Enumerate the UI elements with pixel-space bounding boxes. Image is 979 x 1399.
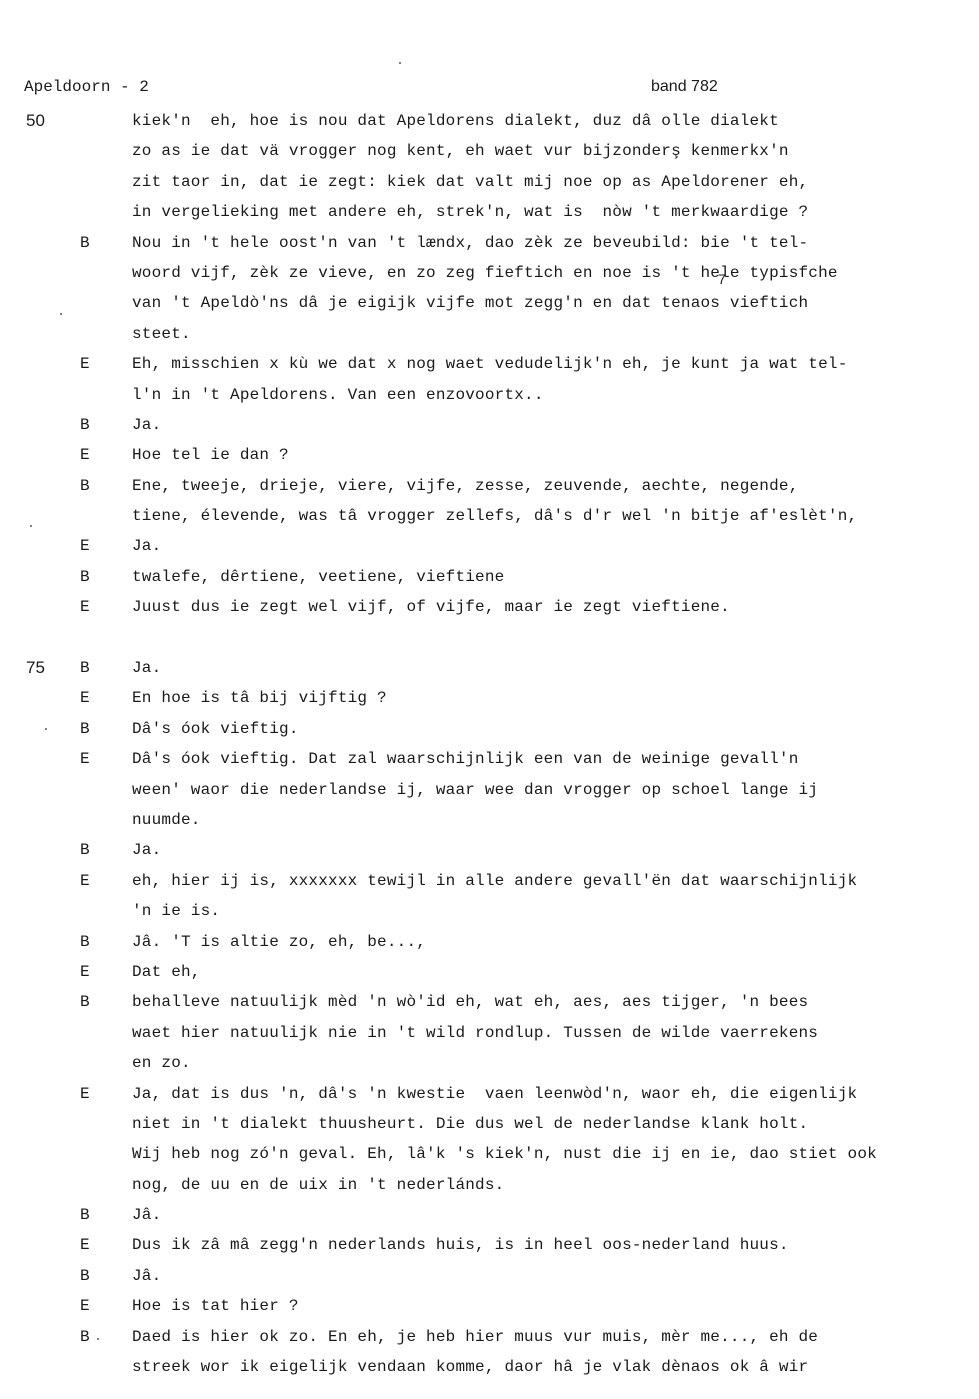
utterance-text: van 't Apeldò'ns dâ je eigijk vijfe mot … <box>132 288 808 318</box>
utterance-text: behalleve natuulijk mèd 'n wò'id eh, wat… <box>132 987 808 1017</box>
speaker-label: B <box>80 835 90 865</box>
speaker-label: E <box>80 744 90 774</box>
transcript-line: EHoe tel ie dan ? <box>0 440 979 470</box>
transcript-line: 75BJa. <box>0 653 979 683</box>
utterance-text: 'n ie is. <box>132 896 220 926</box>
transcript-line: EEh, misschien x kù we dat x nog waet ve… <box>0 349 979 379</box>
transcript-line: in vergelieking met andere eh, strek'n, … <box>0 197 979 227</box>
scan-speck <box>60 313 62 315</box>
utterance-text: Ja. <box>132 835 161 865</box>
transcript-line: EJa, dat is dus 'n, dâ's 'n kwestie vaen… <box>0 1079 979 1109</box>
transcript-line: EDus ik zâ mâ zegg'n nederlands huis, is… <box>0 1230 979 1260</box>
transcript-line: nog, de uu en de uix in 't nederlánds. <box>0 1170 979 1200</box>
transcript-line: BJa. <box>0 410 979 440</box>
speaker-label: E <box>80 592 90 622</box>
utterance-text: en zo. <box>132 1048 191 1078</box>
utterance-text: steet. <box>132 319 191 349</box>
typewritten-transcript-page: Apeldoorn - 2 band 782 50kiek'n eh, hoe … <box>0 0 979 1399</box>
utterance-text: Jâ. <box>132 1200 161 1230</box>
utterance-text: Ene, tweeje, drieje, viere, vijfe, zesse… <box>132 471 799 501</box>
utterance-text: niet in 't dialekt thuusheurt. Die dus w… <box>132 1109 808 1139</box>
page-header: Apeldoorn - 2 band 782 <box>24 78 979 100</box>
speaker-label: B <box>80 1322 90 1352</box>
speaker-label: B <box>80 562 90 592</box>
transcript-line: woord vijf, zèk ze vieve, en zo zeg fief… <box>0 258 979 288</box>
utterance-text: Hoe tel ie dan ? <box>132 440 289 470</box>
utterance-text: twalefe, dêrtiene, veetiene, vieftiene <box>132 562 504 592</box>
transcript-line: zo as ie dat vä vrogger nog kent, eh wae… <box>0 136 979 166</box>
scan-speck <box>97 1338 99 1340</box>
speaker-label: E <box>80 1079 90 1109</box>
speaker-label: B <box>80 1200 90 1230</box>
utterance-text: nuumde. <box>132 805 201 835</box>
utterance-text: zo as ie dat vä vrogger nog kent, eh wae… <box>132 136 789 166</box>
document-title: Apeldoorn - 2 <box>24 78 149 96</box>
speaker-label: E <box>80 957 90 987</box>
utterance-text: Dâ's óok vieftig. <box>132 714 299 744</box>
utterance-text: eh, hier ij is, xxxxxxx tewijl in alle a… <box>132 866 857 896</box>
speaker-label: B <box>80 471 90 501</box>
transcript-line: EHoe is tat hier ? <box>0 1291 979 1321</box>
transcript-body: 50kiek'n eh, hoe is nou dat Apeldorens d… <box>0 106 979 1382</box>
handwritten-annotation-7: 7 <box>718 271 726 287</box>
transcript-line: van 't Apeldò'ns dâ je eigijk vijfe mot … <box>0 288 979 318</box>
speaker-label: E <box>80 683 90 713</box>
transcript-line: Eeh, hier ij is, xxxxxxx tewijl in alle … <box>0 866 979 896</box>
utterance-text: Eh, misschien x kù we dat x nog waet ved… <box>132 349 848 379</box>
speaker-label: B <box>80 1261 90 1291</box>
transcript-line: waet hier natuulijk nie in 't wild rondl… <box>0 1018 979 1048</box>
utterance-text: Jâ. 'T is altie zo, eh, be..., <box>132 927 426 957</box>
speaker-label: B <box>80 653 90 683</box>
utterance-text: Ja. <box>132 410 161 440</box>
tape-band-number: band 782 <box>651 78 718 96</box>
utterance-text: woord vijf, zèk ze vieve, en zo zeg fief… <box>132 258 838 288</box>
utterance-text: Nou in 't hele oost'n van 't lændx, dao … <box>132 228 808 258</box>
transcript-line: BDâ's óok vieftig. <box>0 714 979 744</box>
utterance-text: l'n in 't Apeldorens. Van een enzovoortx… <box>132 380 544 410</box>
utterance-text: Dus ik zâ mâ zegg'n nederlands huis, is … <box>132 1230 789 1260</box>
transcript-line: BJâ. 'T is altie zo, eh, be..., <box>0 927 979 957</box>
transcript-line: streek wor ik eigelijk vendaan komme, da… <box>0 1352 979 1382</box>
speaker-label: E <box>80 1230 90 1260</box>
utterance-text: Wij heb nog zó'n geval. Eh, lâ'k 's kiek… <box>132 1139 877 1169</box>
transcript-line: en zo. <box>0 1048 979 1078</box>
transcript-line: Bbehalleve natuulijk mèd 'n wò'id eh, wa… <box>0 987 979 1017</box>
transcript-line: EDat eh, <box>0 957 979 987</box>
speaker-label: E <box>80 1291 90 1321</box>
transcript-line <box>0 623 979 653</box>
utterance-text: Juust dus ie zegt wel vijf, of vijfe, ma… <box>132 592 730 622</box>
transcript-line: l'n in 't Apeldorens. Van een enzovoortx… <box>0 380 979 410</box>
transcript-line: EJuust dus ie zegt wel vijf, of vijfe, m… <box>0 592 979 622</box>
speaker-label: B <box>80 410 90 440</box>
utterance-text: ween' waor die nederlandse ij, waar wee … <box>132 775 818 805</box>
utterance-text: tiene, élevende, was tâ vrogger zellefs,… <box>132 501 857 531</box>
utterance-text: Dat eh, <box>132 957 201 987</box>
scan-speck <box>399 62 401 64</box>
transcript-line: steet. <box>0 319 979 349</box>
transcript-line: Wij heb nog zó'n geval. Eh, lâ'k 's kiek… <box>0 1139 979 1169</box>
transcript-line: 'n ie is. <box>0 896 979 926</box>
transcript-line: BDaed is hier ok zo. En eh, je heb hier … <box>0 1322 979 1352</box>
utterance-text: kiek'n eh, hoe is nou dat Apeldorens dia… <box>132 106 779 136</box>
utterance-text: Ja, dat is dus 'n, dâ's 'n kwestie vaen … <box>132 1079 857 1109</box>
speaker-label: E <box>80 866 90 896</box>
scan-speck <box>30 525 32 527</box>
speaker-label: B <box>80 228 90 258</box>
speaker-label: E <box>80 531 90 561</box>
speaker-label: B <box>80 987 90 1017</box>
transcript-line: BJa. <box>0 835 979 865</box>
utterance-text: Hoe is tat hier ? <box>132 1291 299 1321</box>
transcript-line: BJâ. <box>0 1200 979 1230</box>
utterance-text: streek wor ik eigelijk vendaan komme, da… <box>132 1352 808 1382</box>
utterance-text: Dâ's óok vieftig. Dat zal waarschijnlijk… <box>132 744 799 774</box>
speaker-label: B <box>80 927 90 957</box>
transcript-line: EDâ's óok vieftig. Dat zal waarschijnlij… <box>0 744 979 774</box>
transcript-line: niet in 't dialekt thuusheurt. Die dus w… <box>0 1109 979 1139</box>
transcript-line: EEn hoe is tâ bij vijftig ? <box>0 683 979 713</box>
utterance-text: Jâ. <box>132 1261 161 1291</box>
transcript-line: Btwalefe, dêrtiene, veetiene, vieftiene <box>0 562 979 592</box>
transcript-line: ween' waor die nederlandse ij, waar wee … <box>0 775 979 805</box>
transcript-line: BNou in 't hele oost'n van 't lændx, dao… <box>0 228 979 258</box>
line-number: 75 <box>26 653 45 683</box>
utterance-text: Ja. <box>132 531 161 561</box>
transcript-line: 50kiek'n eh, hoe is nou dat Apeldorens d… <box>0 106 979 136</box>
speaker-label: E <box>80 349 90 379</box>
transcript-line: BEne, tweeje, drieje, viere, vijfe, zess… <box>0 471 979 501</box>
utterance-text: zit taor in, dat ie zegt: kiek dat valt … <box>132 167 808 197</box>
utterance-text: En hoe is tâ bij vijftig ? <box>132 683 387 713</box>
utterance-text: Daed is hier ok zo. En eh, je heb hier m… <box>132 1322 818 1352</box>
line-number: 50 <box>26 106 45 136</box>
scan-speck <box>45 728 47 730</box>
speaker-label: E <box>80 440 90 470</box>
transcript-line: zit taor in, dat ie zegt: kiek dat valt … <box>0 167 979 197</box>
utterance-text: nog, de uu en de uix in 't nederlánds. <box>132 1170 504 1200</box>
speaker-label: B <box>80 714 90 744</box>
transcript-line: nuumde. <box>0 805 979 835</box>
transcript-line: BJâ. <box>0 1261 979 1291</box>
utterance-text: waet hier natuulijk nie in 't wild rondl… <box>132 1018 818 1048</box>
transcript-line: EJa. <box>0 531 979 561</box>
transcript-line: tiene, élevende, was tâ vrogger zellefs,… <box>0 501 979 531</box>
utterance-text: in vergelieking met andere eh, strek'n, … <box>132 197 808 227</box>
utterance-text: Ja. <box>132 653 161 683</box>
